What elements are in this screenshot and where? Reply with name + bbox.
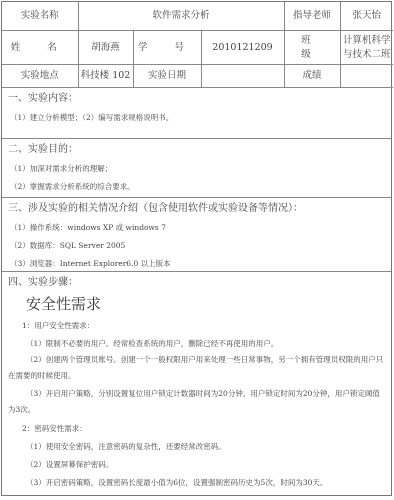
list-item: （2）创建两个管理员账号。创建一个一般权限用户用来处理一些日常事物，另一个拥有管… <box>8 352 391 384</box>
report-header-table: 实验名称 软件需求分析 指导老师 张天怡 姓 名 胡海燕 学 号 2010121… <box>2 2 393 88</box>
list-item: （2）设置屏幕保护密码。 <box>8 459 391 471</box>
teacher-label: 指导老师 <box>284 2 340 31</box>
date-value <box>201 65 284 88</box>
grade-label: 成绩 <box>284 65 340 88</box>
grade-value <box>340 65 393 88</box>
subsection-title: 1：用户安全性需求： <box>22 320 391 332</box>
student-name-value: 胡海燕 <box>78 31 133 65</box>
student-name-label: 姓 名 <box>2 31 78 65</box>
list-item: （3）开启密码策略，设置密码长度最小值为6位，设置强制密码历史为5次，时间为30… <box>8 477 391 489</box>
location-label: 实验地点 <box>2 65 78 88</box>
subsection-title: 2：密码安性需求： <box>22 423 391 435</box>
list-item: （1）加深对需求分析的理解； <box>8 163 391 175</box>
location-value: 科技楼 102 <box>78 65 133 88</box>
steps-heading: 安全性需求 <box>26 293 391 315</box>
table-row: 姓 名 胡海燕 学 号 2010121209 班 级 计算机科学与技术二班 <box>2 31 393 65</box>
date-label: 实验日期 <box>133 65 201 88</box>
student-id-label: 学 号 <box>133 31 201 65</box>
list-item: （3）开启用户策略，分别设置复位用户锁定计数器时间为20分钟，用户锁定时间为20… <box>8 386 391 418</box>
list-item: （1）操作系统：windows XP 或 windows 7 <box>8 222 391 234</box>
class-value: 计算机科学与技术二班 <box>340 31 393 65</box>
experiment-name-value: 软件需求分析 <box>78 2 284 31</box>
section-environment: 三、涉及实验的相关情况介绍（包含使用软件或实验设备等情况）： （1）操作系统：w… <box>2 198 391 272</box>
section-title: 一、实验内容： <box>8 88 391 106</box>
list-item: （2）掌握需求分析系统的综合要求。 <box>8 181 391 193</box>
list-item: （1）限制不必要的用户。经常检查系统的用户，删除已经不再使用的用户。 <box>8 338 391 350</box>
list-item: （2）数据库：SQL Server 2005 <box>8 240 391 252</box>
list-item: （3）浏览器：Internet Explorer6.0 以上版本 <box>8 258 391 270</box>
section-steps: 四、实验步骤： 安全性需求 1：用户安全性需求： （1）限制不必要的用户。经常检… <box>2 272 391 489</box>
section-title: 三、涉及实验的相关情况介绍（包含使用软件或实验设备等情况）： <box>8 198 391 216</box>
student-id-value: 2010121209 <box>201 31 284 65</box>
class-label: 班 级 <box>284 31 340 65</box>
lab-report-page: 实验名称 软件需求分析 指导老师 张天怡 姓 名 胡海燕 学 号 2010121… <box>1 1 392 496</box>
teacher-value: 张天怡 <box>340 2 393 31</box>
experiment-name-label: 实验名称 <box>2 2 78 31</box>
list-item: （1）使用安全密码，注意密码的复杂性，还要经常改密码。 <box>8 441 391 453</box>
section-content: 一、实验内容： （1）建立分析模型；（2）编写需求规格说明书。 <box>2 88 391 139</box>
section-title: 二、实验目的： <box>8 139 391 157</box>
list-item: （1）建立分析模型；（2）编写需求规格说明书。 <box>8 112 391 124</box>
section-title: 四、实验步骤： <box>8 272 391 290</box>
table-row: 实验名称 软件需求分析 指导老师 张天怡 <box>2 2 393 31</box>
table-row: 实验地点 科技楼 102 实验日期 成绩 <box>2 65 393 88</box>
section-purpose: 二、实验目的： （1）加深对需求分析的理解； （2）掌握需求分析系统的综合要求。 <box>2 139 391 198</box>
